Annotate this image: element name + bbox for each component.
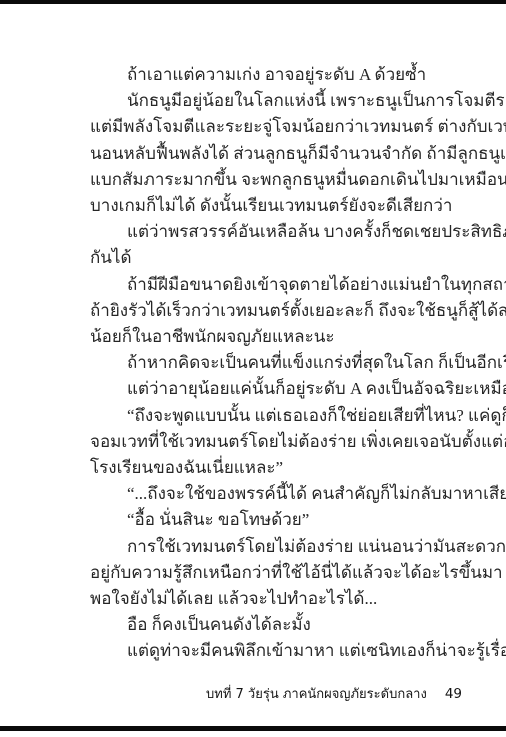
text-line: “อื้อ นั่นสินะ ขอโทษด้วย”	[90, 507, 474, 533]
bottom-edge-bar	[0, 726, 506, 731]
text-line: แต่ดูท่าจะมีคนพิลึกเข้ามาหา แต่เซนิทเองก…	[90, 638, 474, 664]
text-line: “...ถึงจะใช้ของพรรค์นี้ได้ คนสำคัญก็ไม่ก…	[90, 481, 474, 507]
text-line: อยู่กับความรู้สึกเหนือกว่าที่ใช้ไอ้นี่ได…	[90, 560, 474, 586]
text-line: ถ้าเอาแต่ความเก่ง อาจอยู่ระดับ A ด้วยซ้ำ	[90, 62, 474, 88]
text-line: กันได้	[90, 245, 474, 271]
text-line: นอนหลับฟื้นพลังได้ ส่วนลูกธนูก็มีจำนวนจำ…	[90, 141, 474, 167]
book-page: ถ้าเอาแต่ความเก่ง อาจอยู่ระดับ A ด้วยซ้ำ…	[0, 0, 506, 737]
text-line: ถ้ายิงรัวได้เร็วกว่าเวทมนตร์ตั้งเยอะละก็…	[90, 298, 474, 324]
text-line: น้อยก็ในอาชีพนักผจญภัยแหละนะ	[90, 324, 474, 350]
text-line: แบกสัมภาระมากขึ้น จะพกลูกธนูหมื่นดอกเดิน…	[90, 167, 474, 193]
text-line: พอใจยังไม่ได้เลย แล้วจะไปทำอะไรได้...	[90, 586, 474, 612]
text-line: “ถึงจะพูดแบบนั้น แต่เธอเองก็ใช่ย่อยเสียท…	[90, 403, 474, 429]
top-edge-bar	[0, 0, 506, 4]
text-line: แต่ว่าพรสวรรค์อันเหลือล้น บางครั้งก็ชดเช…	[90, 219, 474, 245]
text-line: นักธนูมีอยู่น้อยในโลกแห่งนี้ เพราะธนูเป็…	[90, 88, 474, 114]
text-line: จอมเวทที่ใช้เวทมนตร์โดยไม่ต้องร่าย เพิ่ง…	[90, 429, 474, 455]
text-line: การใช้เวทมนตร์โดยไม่ต้องร่าย แน่นอนว่ามั…	[90, 534, 474, 560]
body-text: ถ้าเอาแต่ความเก่ง อาจอยู่ระดับ A ด้วยซ้ำ…	[90, 62, 474, 665]
text-line: แต่มีพลังโจมตีและระยะจู่โจมน้อยกว่าเวทมน…	[90, 114, 474, 140]
text-line: อือ ก็คงเป็นคนดังได้ละมั้ง	[90, 612, 474, 638]
text-line: ถ้ามีฝีมือขนาดยิงเข้าจุดตายได้อย่างแม่นย…	[90, 272, 474, 298]
footer-chapter-title: บทที่ 7 วัยรุ่น ภาคนักผจญภัยระดับกลาง	[206, 683, 427, 704]
footer-page-number: 49	[445, 686, 462, 702]
text-line: ถ้าหากคิดจะเป็นคนที่แข็งแกร่งที่สุดในโลก…	[90, 350, 474, 376]
text-line: โรงเรียนของฉันเนี่ยแหละ”	[90, 455, 474, 481]
text-line: แต่ว่าอายุน้อยแค่นั้นก็อยู่ระดับ A คงเป็…	[90, 376, 474, 402]
page-footer: บทที่ 7 วัยรุ่น ภาคนักผจญภัยระดับกลาง 49	[90, 683, 462, 704]
text-line: บางเกมก็ไม่ได้ ดังนั้นเรียนเวทมนตร์ยังจะ…	[90, 193, 474, 219]
